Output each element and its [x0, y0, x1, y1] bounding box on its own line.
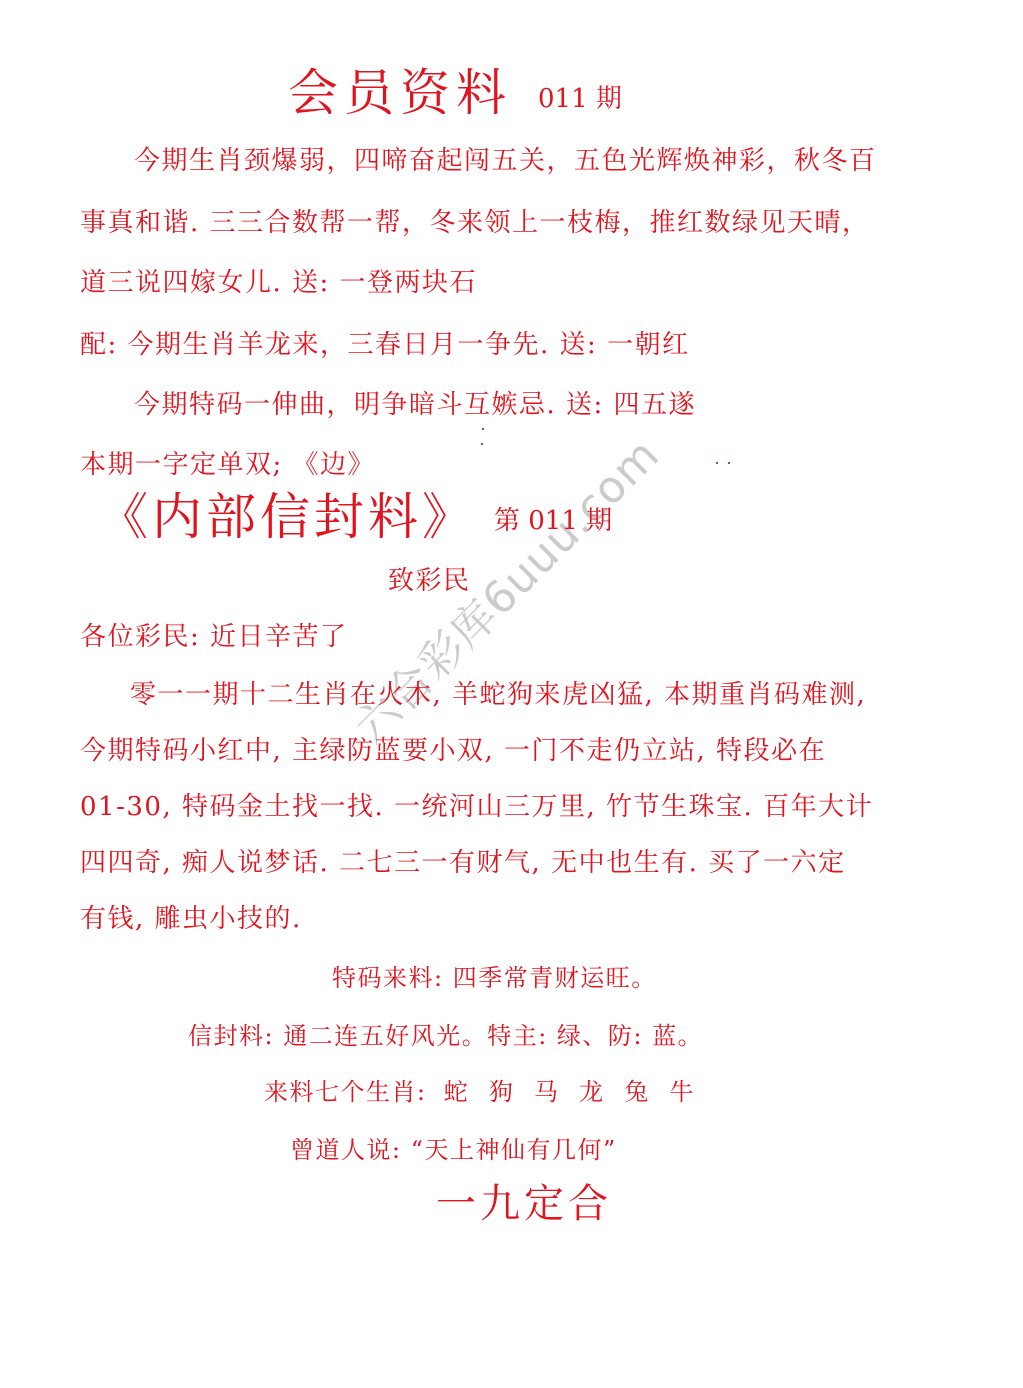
zodiac-3: 马 — [534, 1078, 570, 1106]
section1-line-5: 今期特码一伸曲，明争暗斗互嫉忌. 送: 四五遂 — [134, 392, 696, 418]
section2-line-1: 零一一期十二生肖在火木, 羊蛇狗来虎凶猛, 本期重肖码难测, — [130, 682, 866, 708]
section1-line-6: 本期一字定单双; 《边》 — [80, 452, 375, 478]
section2-line-4: 四四奇, 痴人说梦话. 二七三一有财气, 无中也生有. 买了一六定 — [80, 850, 846, 876]
stray-dot — [481, 443, 483, 445]
section1-line-2: 事真和谐. 三三合数帮一帮，冬来领上一枝梅，推红数绿见天晴， — [80, 210, 870, 236]
stray-dot — [482, 428, 484, 430]
section1-line-3: 道三说四嫁女儿. 送: 一登两块石 — [80, 270, 477, 296]
zodiac-6: 牛 — [669, 1078, 705, 1106]
member-data-issue: 011 期 — [538, 86, 622, 112]
envelope-title: 《内部信封料》 — [98, 492, 476, 542]
final-prediction: 一九定合 — [436, 1184, 612, 1224]
envelope-issue: 第 011 期 — [494, 508, 612, 534]
salutation-heading: 致彩民 — [388, 568, 471, 594]
zodiac-1: 蛇 — [444, 1078, 480, 1106]
zodiac-2: 狗 — [489, 1078, 525, 1106]
member-data-title: 会员资料 — [288, 68, 512, 118]
zodiac-label: 来料七个生肖: — [264, 1078, 427, 1106]
section2-line-2: 今期特码小红中, 主绿防蓝要小双, 一门不走仍立站, 特段必在 — [80, 738, 826, 764]
stray-dot — [728, 462, 730, 464]
section2-line-3: 01-30, 特码金土找一找. 一统河山三万里, 竹节生珠宝. 百年大计 — [80, 794, 873, 820]
special-source: 特码来料: 四季常青财运旺。 — [332, 966, 657, 990]
greeting: 各位彩民: 近日辛苦了 — [80, 624, 348, 650]
zodiac-5: 兔 — [624, 1078, 660, 1106]
envelope-note: 信封料: 通二连五好风光。特主: 绿、防: 蓝。 — [188, 1024, 703, 1048]
section2-line-5: 有钱, 雕虫小技的. — [80, 906, 302, 932]
zodiac-4: 龙 — [579, 1078, 615, 1106]
zodiac-row: 来料七个生肖: 蛇 狗 马 龙 兔 牛 — [264, 1080, 705, 1104]
section1-line-1: 今期生肖颈爆弱，四啼奋起闯五关，五色光辉焕神彩，秋冬百 — [134, 148, 877, 174]
quote-line: 曾道人说: “天上神仙有几何” — [290, 1138, 617, 1162]
stray-dot — [716, 462, 718, 464]
section1-line-4: 配: 今期生肖羊龙来，三春日月一争先. 送: 一朝红 — [80, 332, 690, 358]
